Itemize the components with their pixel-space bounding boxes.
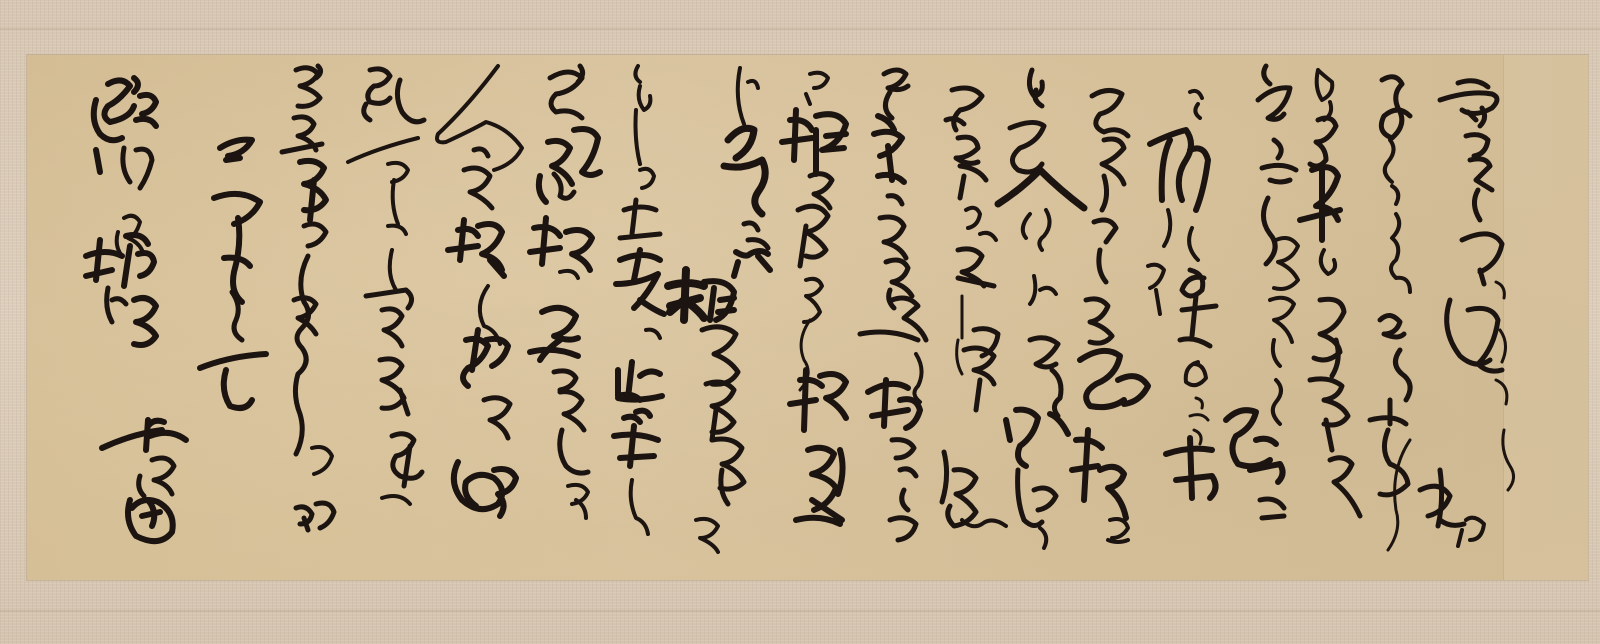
column-8	[942, 88, 1006, 526]
column-15	[437, 66, 522, 516]
column-1	[1440, 81, 1514, 490]
column-10	[782, 73, 846, 524]
column-4	[1226, 66, 1298, 518]
column-7	[998, 70, 1084, 548]
column-16	[348, 69, 424, 504]
column-5	[1148, 91, 1216, 498]
column-18	[200, 140, 266, 408]
column-11	[724, 68, 770, 276]
column-13	[614, 66, 664, 534]
column-6	[1072, 90, 1148, 542]
column-9	[860, 70, 926, 540]
signature-column	[86, 78, 186, 541]
calligraphy-ink	[0, 0, 1600, 644]
column-17	[282, 66, 334, 530]
column-14	[530, 66, 600, 518]
column-2	[1370, 77, 1484, 550]
column-12	[668, 270, 744, 552]
column-3	[1300, 70, 1360, 516]
